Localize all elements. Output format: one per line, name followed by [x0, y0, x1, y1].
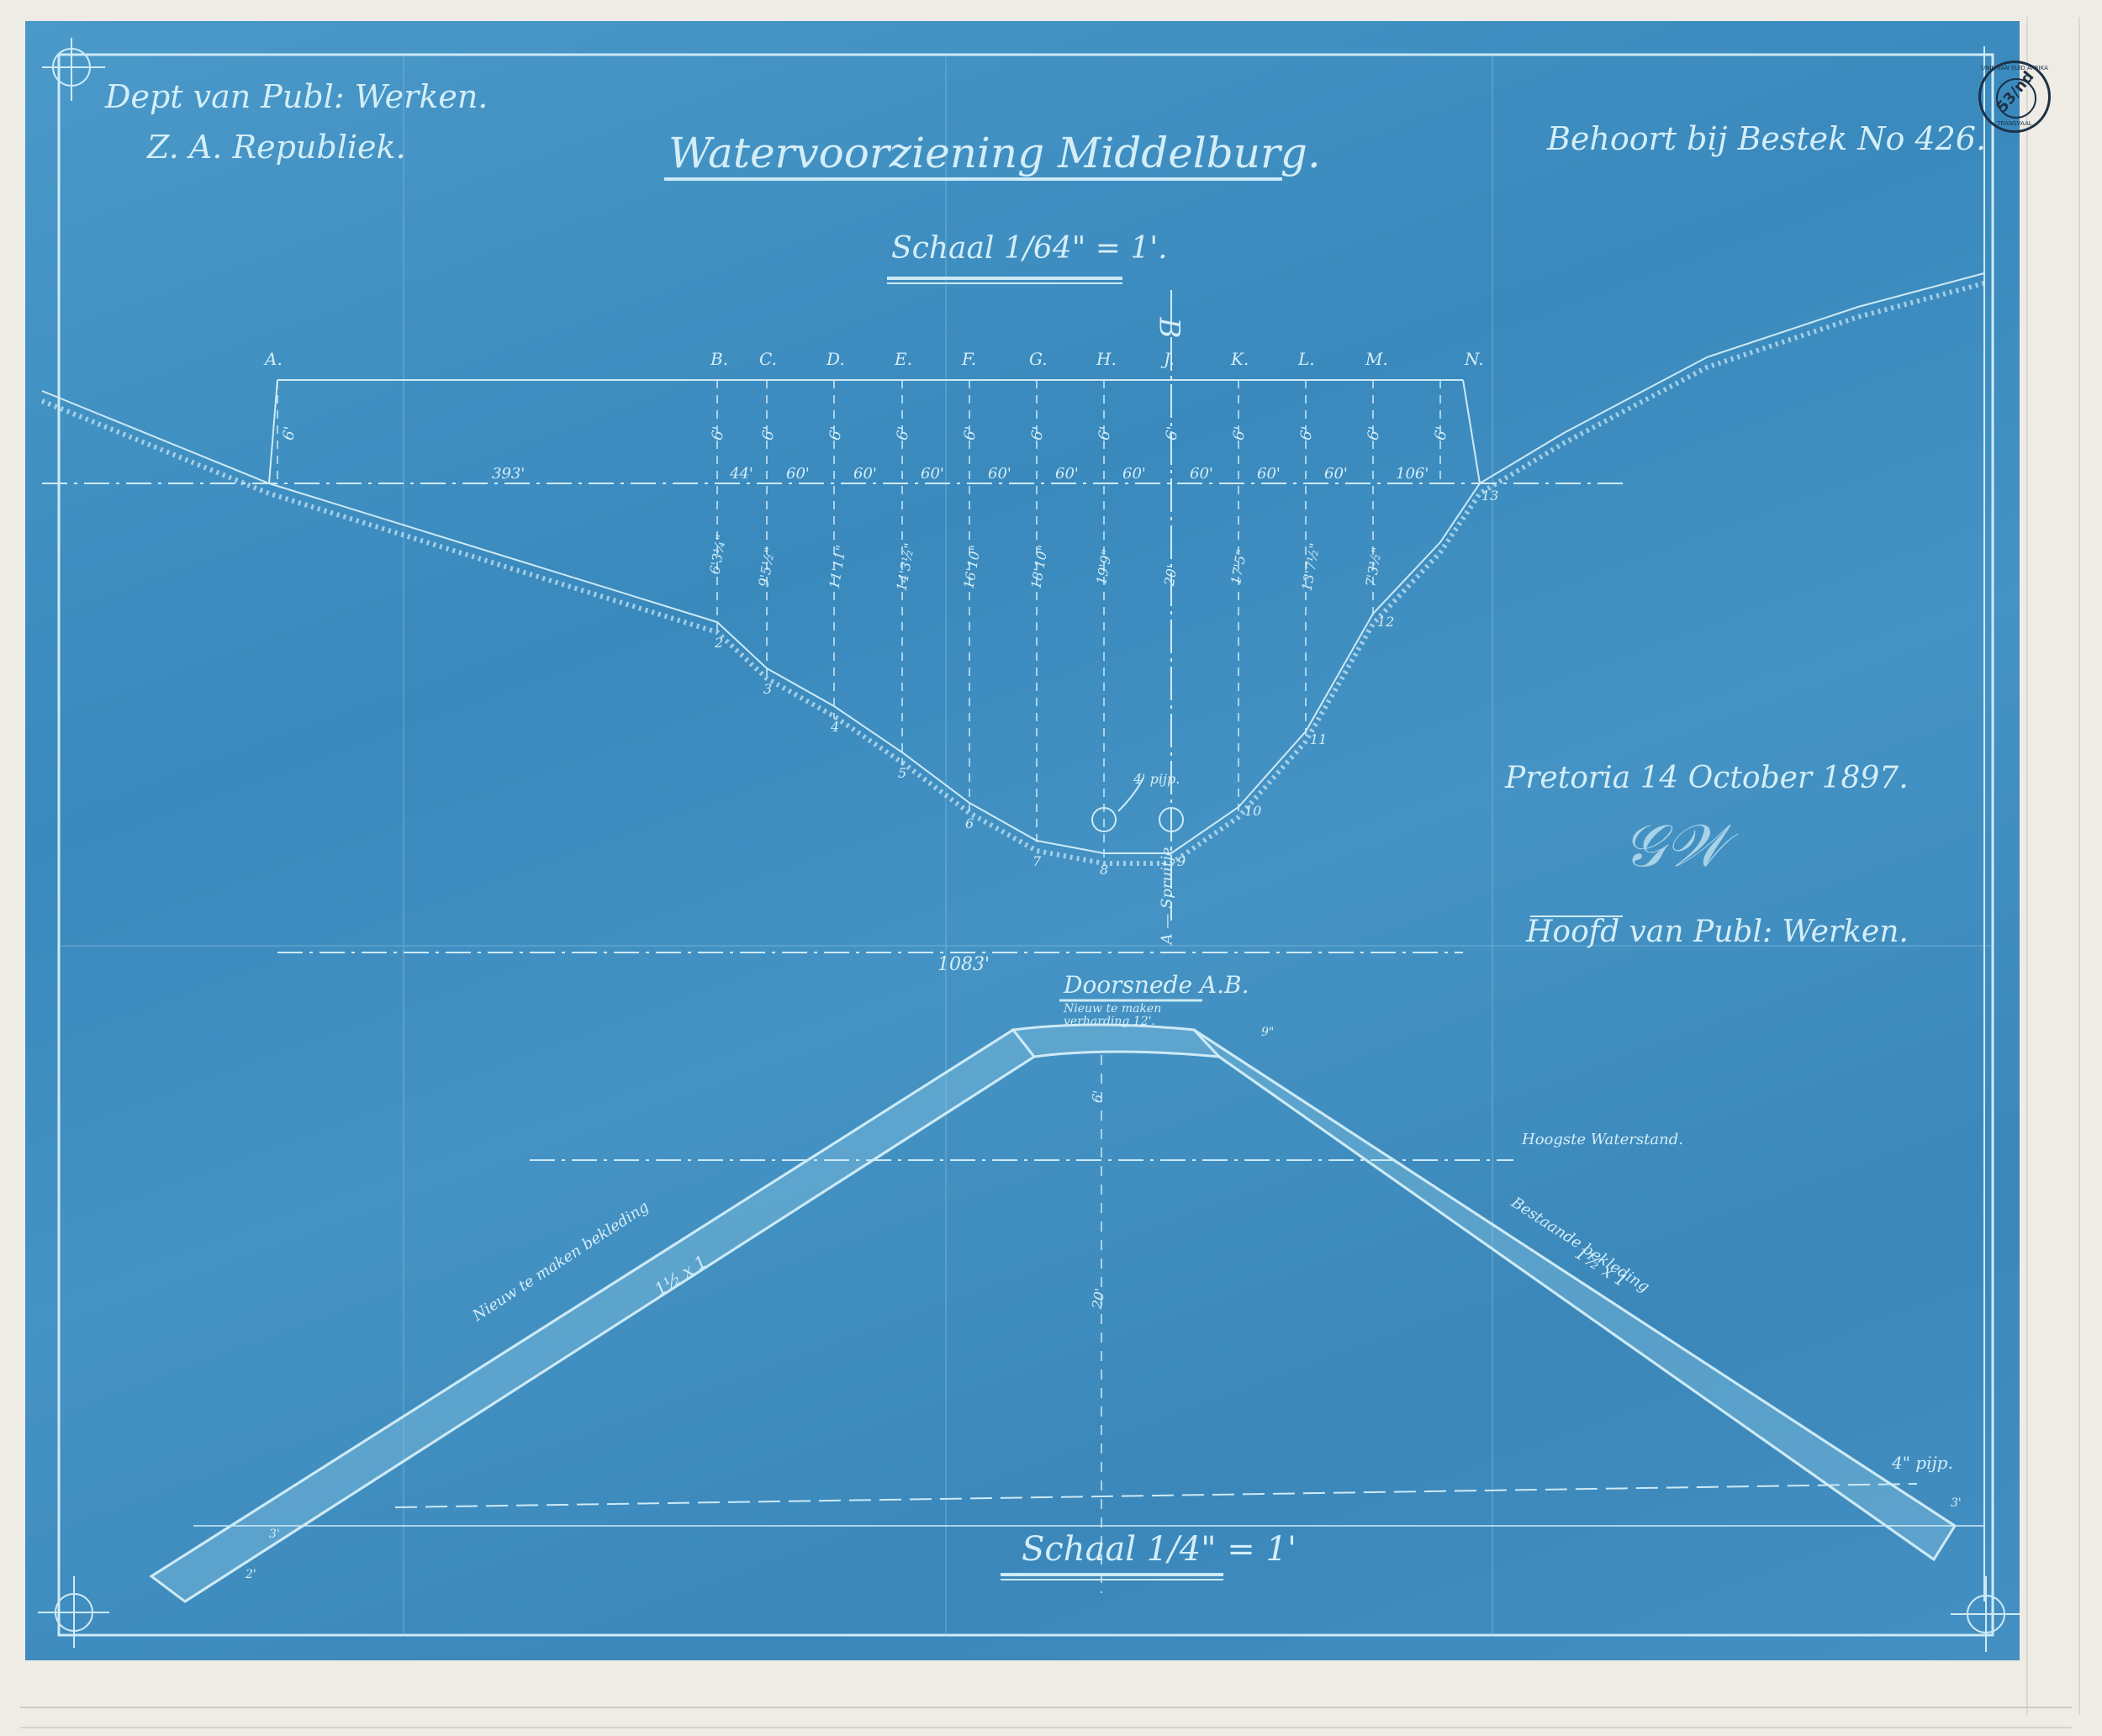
station-label: H.	[1096, 349, 1117, 369]
spacing-label: 106'	[1396, 465, 1429, 483]
mount-edge-right	[2026, 17, 2080, 1715]
signatory-title: Hoofd van Publ: Werken.	[1526, 915, 1909, 949]
ground-point: 3	[763, 681, 772, 697]
embankment-left	[151, 1030, 1034, 1601]
contract-reference: Behoort bij Bestek No 426.	[1547, 120, 1986, 157]
ground-point: 11	[1310, 731, 1327, 747]
section-note-1: Nieuw te maken	[1064, 1002, 1161, 1016]
drawing-title: Watervoorziening Middelburg.	[668, 129, 1321, 177]
spruit-label: A — Spruitje	[1158, 847, 1175, 945]
station-label: M.	[1365, 349, 1388, 369]
archive-stamp: UNIE VAN SUID AFRIKA 53/nd TRANSVAAL	[1978, 61, 2051, 133]
registration-mark-bl-icon	[38, 1576, 109, 1648]
mount-edge-bottom	[20, 1707, 2072, 1728]
top-dim: 9"	[1261, 1026, 1274, 1039]
signature: 𝒢𝒲	[1623, 811, 1726, 881]
station-label: F.	[962, 349, 976, 369]
offset-label: 6'	[758, 425, 779, 442]
spacing-label: 44'	[730, 465, 753, 483]
station-label: E.	[895, 349, 912, 369]
ground-point: 5	[898, 765, 906, 781]
station-label: N.	[1465, 349, 1484, 369]
stamp-ring-top: UNIE VAN SUID AFRIKA	[1981, 65, 2048, 71]
offset-label: 6'	[1297, 425, 1317, 442]
offset-label: 6'	[960, 425, 980, 442]
ground-point: 12	[1377, 614, 1394, 630]
high-water-label: Hoogste Waterstand.	[1522, 1131, 1683, 1148]
ground-point: 7	[1033, 853, 1041, 869]
left-thick-dim: 2'	[246, 1568, 256, 1581]
left-width-dim: 3'	[269, 1528, 280, 1541]
ground-point: 8	[1100, 862, 1108, 878]
spacing-label: 60'	[1190, 465, 1213, 483]
embankment-crest	[1013, 1025, 1219, 1057]
pipe-label: 4' pijp.	[1133, 771, 1180, 787]
stamp-ring-bottom: TRANSVAAL	[1981, 120, 2048, 127]
station-label: D.	[827, 349, 845, 369]
ground-point: 9	[1177, 853, 1186, 869]
republic-heading: Z. A. Republiek.	[147, 129, 406, 166]
offset-label: 6'	[279, 425, 299, 442]
section-title: Doorsnede A.B.	[1064, 971, 1249, 999]
ground-point: 10	[1244, 803, 1261, 819]
offset-label: 6'	[708, 425, 728, 442]
place-date: Pretoria 14 October 1897.	[1505, 761, 1909, 795]
department-heading: Dept van Publ: Werken.	[105, 78, 488, 115]
total-length-label: 1083'	[937, 954, 990, 975]
scale-top-label: Schaal 1/64" = 1'.	[891, 231, 1168, 266]
station-label: C.	[759, 349, 777, 369]
ground-point: 6	[965, 815, 974, 831]
station-label: B.	[710, 349, 728, 369]
height-dim: 6'	[1089, 1090, 1106, 1105]
offset-label: 6'	[826, 425, 846, 442]
scale-bottom-label: Schaal 1/4" = 1'	[1022, 1530, 1297, 1569]
ground-point: 4	[831, 719, 839, 735]
pipe-note: 4" pijp.	[1892, 1453, 1953, 1473]
blueprint-sheet: Dept van Publ: Werken. Z. A. Republiek. …	[25, 21, 2020, 1660]
station-label: A.	[265, 349, 283, 369]
offset-label: 6'	[1364, 425, 1384, 442]
ground-point: 2	[715, 635, 723, 651]
ground-point: 13	[1481, 488, 1498, 504]
spacing-label: 60'	[786, 465, 810, 483]
spacing-label: 60'	[1257, 465, 1281, 483]
right-width-dim: 3'	[1951, 1496, 1962, 1510]
embankment-right	[1194, 1030, 1955, 1559]
station-label: L.	[1298, 349, 1315, 369]
section-mark-b: B	[1153, 318, 1186, 339]
offset-label: 6'	[1095, 425, 1115, 442]
spacing-label: 60'	[988, 465, 1011, 483]
spacing-label: 60'	[853, 465, 877, 483]
spacing-label: 60'	[1122, 465, 1146, 483]
spacing-label: 60'	[1055, 465, 1079, 483]
station-label: K.	[1231, 349, 1249, 369]
spacing-label: 393'	[492, 465, 525, 483]
spacing-label: 60'	[921, 465, 944, 483]
station-label: J.	[1164, 349, 1175, 369]
offset-label: 6'	[1229, 425, 1249, 442]
offset-label: 6'	[1027, 425, 1048, 442]
section-note-2: verharding 12'.	[1064, 1015, 1155, 1028]
station-label: G.	[1029, 349, 1048, 369]
registration-mark-tl-icon	[42, 38, 105, 101]
offset-label: 6'	[893, 425, 913, 442]
offset-label: 6'	[1431, 425, 1451, 442]
spacing-label: 60'	[1324, 465, 1348, 483]
offset-label: 6'	[1162, 425, 1182, 442]
